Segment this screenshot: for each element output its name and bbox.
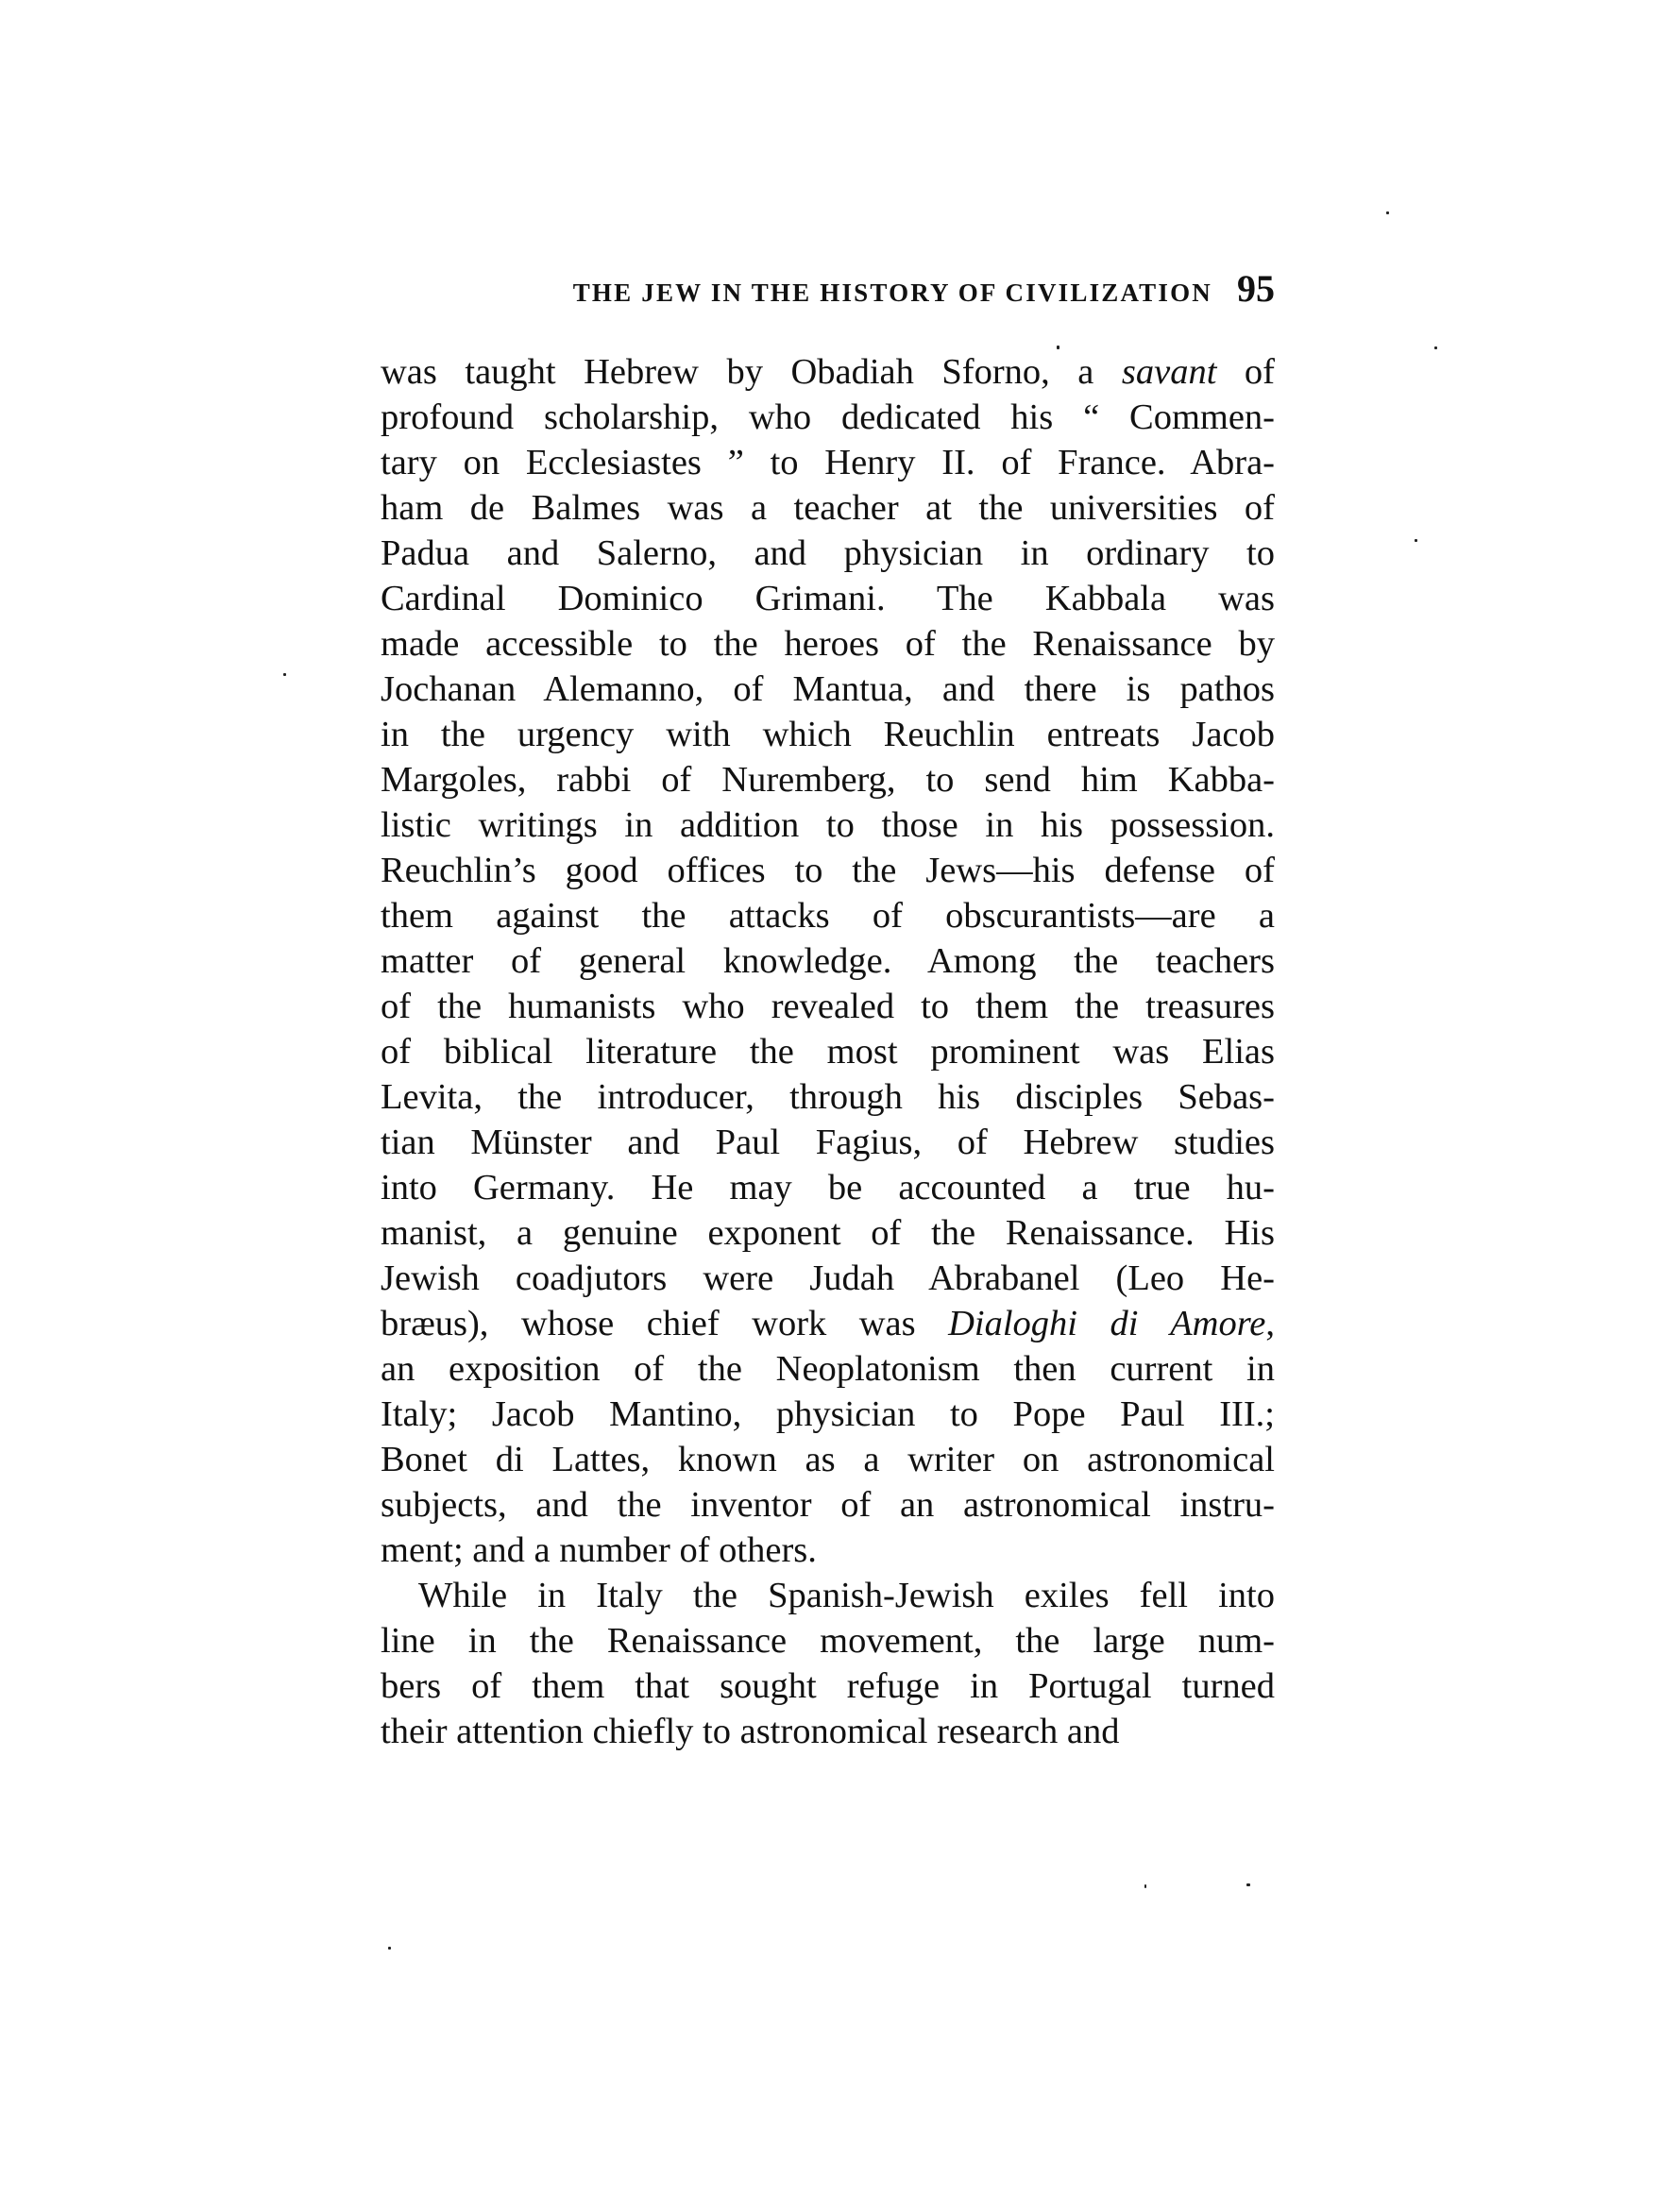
text-line: Padua and Salerno, and physician in ordi… (381, 531, 1275, 576)
text-line: of the humanists who revealed to them th… (381, 984, 1275, 1029)
scan-speck (1057, 346, 1059, 349)
text-line: profound scholarship, who dedicated his … (381, 395, 1275, 440)
paragraph: While in Italy the Spanish-Jewish exiles… (381, 1573, 1275, 1754)
text-line: manist, a genuine exponent of the Renais… (381, 1210, 1275, 1256)
scan-speck (1415, 539, 1417, 542)
text-run: Cardinal Dominico Grimani. The Kabbala w… (381, 579, 1275, 618)
text-line: bers of them that sought refuge in Portu… (381, 1663, 1275, 1709)
text-run: listic writings in addition to those in … (381, 805, 1275, 845)
text-line: of biblical literature the most prominen… (381, 1029, 1275, 1074)
text-run: of biblical literature the most prominen… (381, 1032, 1275, 1072)
italic-run: savant (1122, 352, 1217, 392)
text-line: Margoles, rabbi of Nuremberg, to send hi… (381, 757, 1275, 802)
text-run: line in the Renaissance movement, the la… (381, 1621, 1275, 1661)
text-run: Jochanan Alemanno, of Mantua, and there … (381, 669, 1275, 709)
text-line: Italy; Jacob Mantino, physician to Pope … (381, 1392, 1275, 1437)
text-line: them against the attacks of obscurantist… (381, 893, 1275, 938)
text-line: Levita, the introducer, through his disc… (381, 1074, 1275, 1120)
text-line: bræus), whose chief work was Dialoghi di… (381, 1301, 1275, 1346)
text-run: was taught Hebrew by Obadiah Sforno, a (381, 352, 1122, 392)
scan-speck (1434, 346, 1437, 349)
paragraph: was taught Hebrew by Obadiah Sforno, a s… (381, 349, 1275, 1573)
text-run: tian Münster and Paul Fagius, of Hebrew … (381, 1123, 1275, 1162)
text-run: Margoles, rabbi of Nuremberg, to send hi… (381, 760, 1275, 800)
text-run: bræus), whose chief work was (381, 1304, 948, 1343)
text-line: While in Italy the Spanish-Jewish exiles… (381, 1573, 1275, 1618)
text-run: Italy; Jacob Mantino, physician to Pope … (381, 1394, 1275, 1434)
text-line: ment; and a number of others. (381, 1528, 1275, 1573)
text-run: into Germany. He may be accounted a true… (381, 1168, 1275, 1207)
text-run: profound scholarship, who dedicated his … (381, 397, 1275, 437)
text-line: listic writings in addition to those in … (381, 802, 1275, 848)
text-line: subjects, and the inventor of an astrono… (381, 1482, 1275, 1528)
scan-speck (1246, 1883, 1250, 1886)
text-line: Jochanan Alemanno, of Mantua, and there … (381, 667, 1275, 712)
text-line: Jewish coadjutors were Judah Abrabanel (… (381, 1256, 1275, 1301)
text-line: made accessible to the heroes of the Ren… (381, 621, 1275, 667)
text-line: Reuchlin’s good offices to the Jews—his … (381, 848, 1275, 893)
text-run: tary on Ecclesiastes ” to Henry II. of F… (381, 443, 1275, 482)
text-line: matter of general knowledge. Among the t… (381, 938, 1275, 984)
scan-speck (1144, 1884, 1146, 1888)
text-line: Cardinal Dominico Grimani. The Kabbala w… (381, 576, 1275, 621)
text-run: in the urgency with which Reuchlin entre… (381, 715, 1275, 754)
text-run: them against the attacks of obscurantist… (381, 896, 1275, 936)
text-line: their attention chiefly to astronomical … (381, 1709, 1275, 1754)
text-line: into Germany. He may be accounted a true… (381, 1165, 1275, 1210)
text-line: tary on Ecclesiastes ” to Henry II. of F… (381, 440, 1275, 485)
running-head: The Jew in the History of Civilization 9… (381, 266, 1275, 312)
text-line: was taught Hebrew by Obadiah Sforno, a s… (381, 349, 1275, 395)
text-line: line in the Renaissance movement, the la… (381, 1618, 1275, 1663)
book-page: The Jew in the History of Civilization 9… (0, 0, 1661, 2212)
scan-speck (283, 673, 286, 676)
text-run: of (1216, 352, 1275, 392)
text-run: an exposition of the Neoplatonism then c… (381, 1349, 1275, 1389)
text-run: subjects, and the inventor of an astrono… (381, 1485, 1275, 1525)
text-run: ment; and a number of others. (381, 1530, 817, 1570)
text-run: matter of general knowledge. Among the t… (381, 941, 1275, 981)
text-run: Padua and Salerno, and physician in ordi… (381, 533, 1275, 573)
text-line: in the urgency with which Reuchlin entre… (381, 712, 1275, 757)
text-run: Jewish coadjutors were Judah Abrabanel (… (381, 1258, 1275, 1298)
text-run: , (1265, 1304, 1275, 1343)
text-run: Reuchlin’s good offices to the Jews—his … (381, 851, 1275, 890)
text-run: While in Italy the Spanish-Jewish exiles… (418, 1576, 1275, 1615)
text-run: bers of them that sought refuge in Portu… (381, 1666, 1275, 1706)
running-title: The Jew in the History of Civilization (573, 279, 1212, 308)
text-run: their attention chiefly to astronomical … (381, 1712, 1120, 1751)
page-number: 95 (1237, 266, 1275, 311)
scan-speck (388, 1947, 391, 1950)
scan-speck (1386, 211, 1389, 214)
text-run: of the humanists who revealed to them th… (381, 987, 1275, 1026)
italic-run: Dialoghi di Amore (948, 1304, 1265, 1343)
text-run: ham de Balmes was a teacher at the unive… (381, 488, 1275, 528)
text-line: an exposition of the Neoplatonism then c… (381, 1346, 1275, 1392)
text-run: Bonet di Lattes, known as a writer on as… (381, 1440, 1275, 1479)
body-text: was taught Hebrew by Obadiah Sforno, a s… (381, 349, 1275, 1754)
text-run: manist, a genuine exponent of the Renais… (381, 1213, 1275, 1253)
text-line: Bonet di Lattes, known as a writer on as… (381, 1437, 1275, 1482)
text-run: made accessible to the heroes of the Ren… (381, 624, 1275, 664)
text-line: ham de Balmes was a teacher at the unive… (381, 485, 1275, 531)
text-line: tian Münster and Paul Fagius, of Hebrew … (381, 1120, 1275, 1165)
text-run: Levita, the introducer, through his disc… (381, 1077, 1275, 1117)
